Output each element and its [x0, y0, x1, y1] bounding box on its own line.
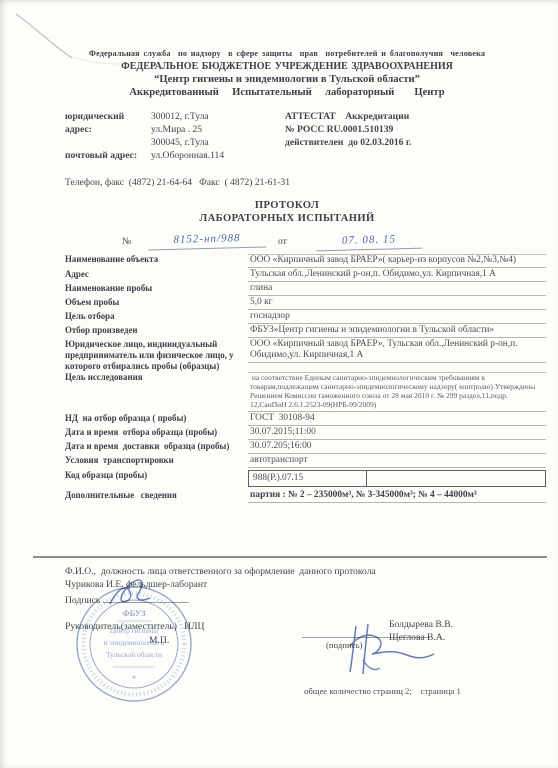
field-row-sample-volume: Объем пробы 5,0 кг [65, 297, 546, 310]
field-label: Дополнительные сведения [65, 490, 248, 503]
field-value: госнадзор [248, 311, 546, 324]
protocol-number-row: № 8152-нп/988 от 07. 08. 15 [0, 233, 558, 255]
sample-code-box: 988(Р.).07.15 [248, 470, 546, 487]
stamp-text-line: и эпидемиологии в [104, 638, 165, 647]
field-label: Условия транспортировки [65, 455, 248, 468]
field-row-sample-name: Наименование пробы глина [65, 283, 546, 296]
field-label: Наименование пробы [65, 283, 248, 296]
field-label: Юридическое лицо, индивидуальный предпри… [65, 339, 248, 371]
protocol-title: ПРОТОКОЛ ЛАБОРАТОРНЫХ ИСПЫТАНИЙ [28, 199, 546, 226]
field-label: НД на отбор образца ( пробы) [65, 413, 248, 426]
field-value: на соответствие Единым санитарно-эпидеми… [248, 372, 546, 412]
field-label: Цель отбора [65, 311, 248, 324]
field-value: ФБУЗ»Центр гигиены и эпидемиологии в Тул… [248, 325, 546, 338]
stamp-text-line: ФБУЗ [122, 608, 146, 618]
field-row-transport-conditions: Условия транспортировки автотранспорт [65, 455, 546, 468]
attestat-number: № РОСС RU.0001.510139 [285, 123, 475, 136]
field-value: ООО «Кирпичный завод БРАЕР»( карьер-из к… [248, 254, 546, 268]
address-line: 300045, г.Тула [151, 136, 224, 149]
page-count-line: общее количество страниц 2; страница 1 [304, 686, 461, 696]
field-value: ООО «Кирпичный завод БРАЕР», Тульская об… [248, 339, 546, 363]
field-value: ГОСТ 30108-94 [248, 413, 546, 426]
field-row-object-name: Наименование объекта ООО «Кирпичный заво… [65, 254, 546, 268]
field-label: Дата и время доставки образца (пробы) [65, 441, 248, 454]
form-fields: Наименование объекта ООО «Кирпичный заво… [65, 254, 546, 504]
field-row-delivery-datetime: Дата и время доставки образца (пробы) 30… [65, 441, 546, 454]
head-signature [338, 616, 448, 686]
field-row-research-purpose: Цель исследования на соответствие Единым… [65, 372, 546, 412]
protocol-title-line2: ЛАБОРАТОРНЫХ ИСПЫТАНИЙ [28, 212, 546, 226]
field-value: 5,0 кг [248, 297, 546, 310]
field-label: Объем пробы [65, 297, 248, 310]
field-value: 30.07.2015;11:00 [248, 427, 546, 440]
section-divider [33, 556, 547, 558]
field-row-sample-code: Код образца (пробы) 988(Р.).07.15 [65, 470, 546, 487]
round-stamp: ФБУЗ Центр гигиены и эпидемиологии в Тул… [73, 583, 195, 705]
field-row-nd-standard: НД на отбор образца ( пробы) ГОСТ 30108-… [65, 413, 546, 426]
number-sign-label: № [122, 236, 131, 247]
field-row-additional-info: Дополнительные сведения партия : № 2 – 2… [65, 490, 546, 503]
accredited-center-line: Аккредитованный Испытательный лабораторн… [28, 86, 546, 100]
field-label: Наименование объекта [65, 254, 248, 268]
scanned-protocol-document: Федеральная служба по надзору в сфере за… [0, 0, 558, 768]
field-label: Адрес [65, 269, 248, 282]
field-label: Дата и время отбора образца (пробы) [65, 427, 248, 440]
address-values: 300012, г.Тула ул.Мира . 25 300045, г.Ту… [151, 110, 224, 162]
attestat-line: АТТЕСТАТ Аккредитации [285, 110, 475, 123]
field-row-sampling-datetime: Дата и время отбора образца (пробы) 30.0… [65, 427, 546, 440]
address-line: ул.Мира . 25 [151, 123, 224, 136]
field-value: партия : № 2 – 235000м³, № 3-345000м³; №… [248, 490, 546, 503]
field-row-legal-entity: Юридическое лицо, индивидуальный предпри… [65, 339, 546, 371]
postal-address-label: почтовый адрес: [65, 149, 147, 162]
agency-line: Федеральная служба по надзору в сфере за… [28, 48, 546, 60]
from-label: от [278, 236, 287, 247]
field-value: Тульская обл.,Ленинский р-он,п. Обидимо,… [248, 269, 546, 282]
address-line: ул.Оборонная.114 [151, 149, 224, 162]
attestat-validity: действителен до 02.03.2016 г. [285, 136, 475, 149]
sample-code-empty-cell [367, 471, 545, 486]
field-label: Цель исследования [65, 372, 248, 412]
field-value: глина [248, 283, 546, 296]
phone-fax-line: Телефон, факс (4872) 21-64-64 Факс ( 487… [65, 177, 290, 188]
stamp-asterisk: * [132, 674, 137, 684]
stamp-text-line: Центр гигиены [110, 626, 158, 635]
field-value: 30.07.205;16:00 [248, 441, 546, 454]
protocol-title-line1: ПРОТОКОЛ [28, 199, 546, 212]
legal-address-label: юридический адрес: [65, 110, 147, 136]
field-row-sampling-purpose: Цель отбора госнадзор [65, 311, 546, 324]
field-row-address: Адрес Тульская обл.,Ленинский р-он,п. Об… [65, 269, 546, 282]
field-row-sampled-by: Отбор произведен ФБУЗ»Центр гигиены и эп… [65, 325, 546, 338]
handwritten-protocol-date: 07. 08. 15 [316, 233, 422, 252]
institution-name-line: “Центр гигиены и эпидемиологии в Тульско… [28, 73, 546, 86]
field-label: Отбор произведен [65, 325, 248, 338]
institution-type-line: ФЕДЕРАЛЬНОЕ БЮДЖЕТНОЕ УЧРЕЖДЕНИЕ ЗДРАВОО… [28, 60, 546, 73]
stamp-text-line: Тульской области [106, 650, 162, 659]
address-line: 300012, г.Тула [151, 110, 224, 123]
field-value: автотранспорт [248, 455, 546, 468]
accreditation-block: АТТЕСТАТ Аккредитации № РОСС RU.0001.510… [285, 110, 475, 149]
handwritten-protocol-number: 8152-нп/988 [148, 231, 266, 250]
field-label: Код образца (пробы) [65, 470, 248, 487]
letterhead: Федеральная служба по надзору в сфере за… [28, 48, 546, 100]
field-value: 988(Р.).07.15 [249, 471, 367, 486]
